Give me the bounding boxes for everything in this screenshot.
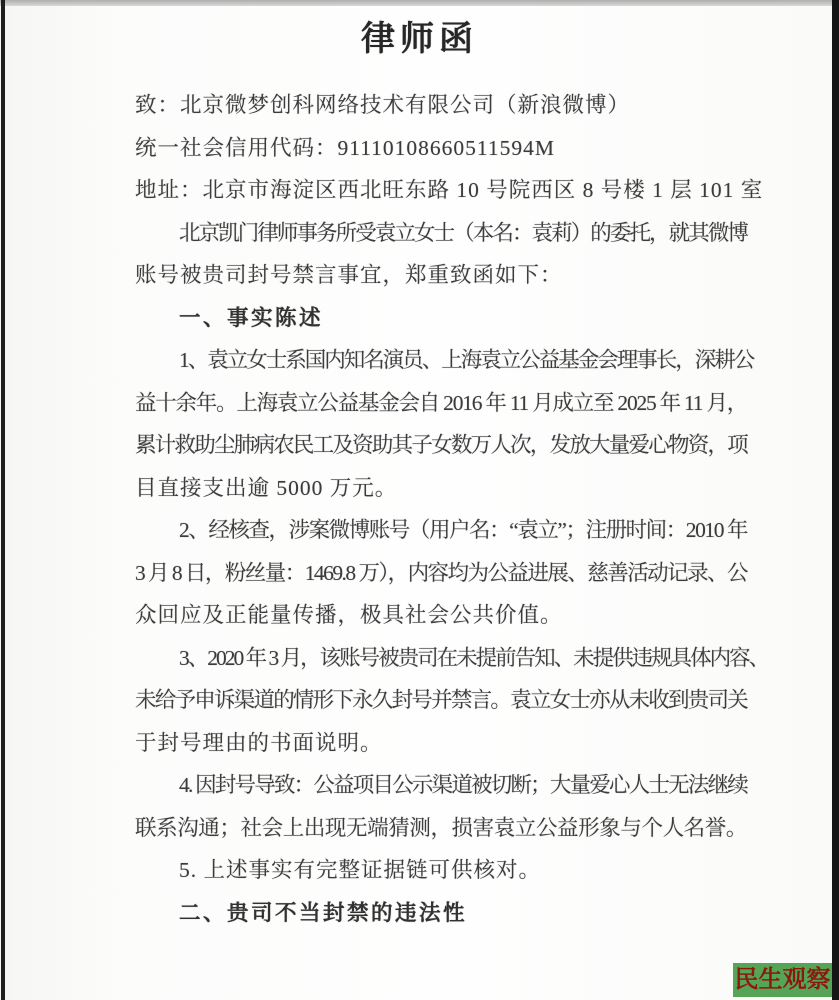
letter-line: 1、袁立女士系国内知名演员、上海袁立公益基金会理事长，深耕公 [135,339,747,382]
letter-line: 2、经核查，涉案微博账号（用户名：“袁立”；注册时间：2010 年 [135,509,747,552]
letter-line: 4. 因封号导致：公益项目公示渠道被切断；大量爱心人士无法继续 [135,764,747,807]
scan-edge-top [0,0,839,6]
letter-line: 3、2020 年 3 月，该账号被贵司在未提前告知、未提供违规具体内容、 [135,637,747,680]
letter-title: 律师函 [0,20,839,60]
letter-line: 账号被贵司封号禁言事宜，郑重致函如下： [135,254,747,297]
letter-line: 二、贵司不当封禁的违法性 [135,892,747,935]
watermark-minsheng-guancha: 民生观察 [733,963,832,997]
letter-line: 累计救助尘肺病农民工及资助其子女数万人次，发放大量爱心物资，项 [135,424,747,467]
letter-line: 益十余年。上海袁立公益基金会自 2016 年 11 月成立至 2025 年 11… [135,382,747,425]
letter-body: 致：北京微梦创科网络技术有限公司（新浪微博）统一社会信用代码：911101086… [135,84,747,934]
letter-line: 地址：北京市海淀区西北旺东路 10 号院西区 8 号楼 1 层 101 室 [135,169,747,212]
letter-line: 目直接支出逾 5000 万元。 [135,467,747,510]
letter-line: 北京凯门律师事务所受袁立女士（本名：袁莉）的委托，就其微博 [135,212,747,255]
letter-line: 联系沟通；社会上出现无端猜测，损害袁立公益形象与个人名誉。 [135,807,747,850]
letter-line: 5. 上述事实有完整证据链可供核对。 [135,849,747,892]
letter-line: 统一社会信用代码：91110108660511594M [135,127,747,170]
scan-edge-left [1,0,5,1000]
letter-line: 众回应及正能量传播，极具社会公共价值。 [135,594,747,637]
scanned-letter-page: 律师函 致：北京微梦创科网络技术有限公司（新浪微博）统一社会信用代码：91110… [0,0,839,1000]
letter-line: 于封号理由的书面说明。 [135,722,747,765]
scan-edge-right [832,0,839,1000]
letter-line: 未给予申诉渠道的情形下永久封号并禁言。袁立女士亦从未收到贵司关 [135,679,747,722]
letter-line: 一、事实陈述 [135,297,747,340]
letter-line: 3 月 8 日，粉丝量：1469.8 万），内容均为公益进展、慈善活动记录、公 [135,552,747,595]
letter-line: 致：北京微梦创科网络技术有限公司（新浪微博） [135,84,747,127]
